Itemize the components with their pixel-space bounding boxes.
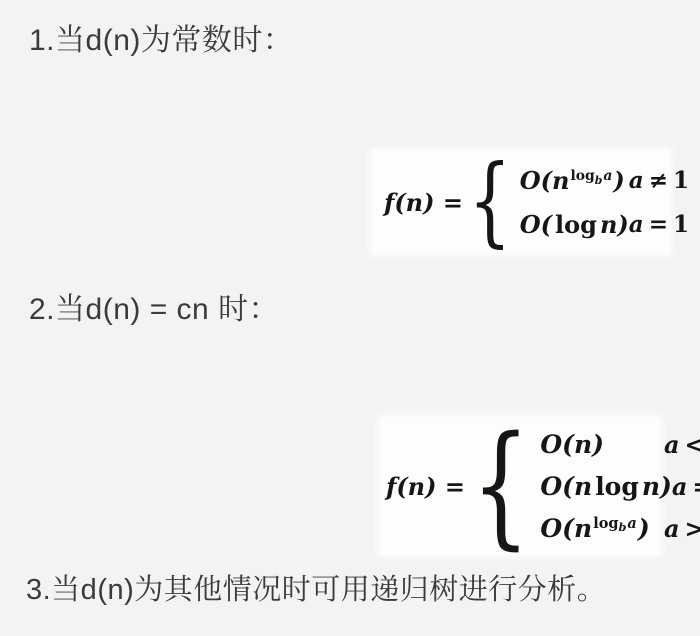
condition-variable: a [629, 211, 644, 238]
exponent-log-b-a: logba [570, 168, 612, 184]
log-label: log [570, 168, 594, 184]
formula-2-case-row: O(nlogn) a=b [540, 465, 700, 507]
condition-operator: = [649, 211, 668, 238]
log-label: log [555, 210, 597, 239]
condition-operator: = [692, 472, 700, 501]
condition-value: 1 [673, 167, 689, 194]
formula-1-lhs: f(n) = [384, 188, 463, 217]
condition-operator: > [685, 514, 700, 543]
condition-variable: a [629, 167, 644, 194]
section-2-heading: 2.当d(n) = cn 时： [29, 284, 279, 328]
formula-2-panel: f(n) = { O(n) a<b O(nlogn) a=b O(nlogba)… [380, 417, 660, 555]
section-3-heading: 3.当d(n)为其他情况时可用递归树进行分析。 [26, 567, 606, 608]
log-label: log [593, 515, 618, 532]
condition-operator: < [685, 430, 700, 459]
expr-open: O(n [540, 514, 592, 543]
condition-variable: a [664, 430, 680, 459]
expr-close: ) [613, 166, 624, 195]
formula-2-brace: { [471, 419, 530, 552]
formula-1-panel: f(n) = { O(nlogba) a≠1 O(logn) a=1 [372, 150, 670, 254]
formula-2-case-3-condition: a>b [664, 514, 700, 543]
log-argument: a [603, 168, 612, 184]
formula-1-case-2-condition: a=1 [629, 211, 689, 238]
formula-2-case-1-expression: O(n) [540, 430, 604, 459]
formula-2-case-row: O(n) a<b [540, 423, 700, 465]
formula-2-lhs: f(n) = [386, 472, 465, 501]
section-1-heading: 1.当d(n)为常数时： [29, 15, 293, 59]
formula-1-brace: { [468, 153, 511, 251]
expr-close: ) [638, 514, 650, 543]
condition-variable: a [672, 472, 688, 501]
expr-close: n) [600, 210, 629, 239]
formula-2-case-1-condition: a<b [664, 430, 700, 459]
notes-page: 1.当d(n)为常数时： f(n) = { O(nlogba) a≠1 O(lo… [0, 0, 700, 636]
log-base: b [595, 174, 603, 187]
log-base: b [619, 520, 627, 534]
formula-2-case-3-expression: O(nlogba) [540, 514, 649, 543]
expr-close: n) [642, 472, 672, 501]
formula-1-case-2-expression: O(logn) [520, 210, 629, 239]
formula-1-case-1-condition: a≠1 [629, 167, 689, 194]
expr-open: O(n [520, 166, 570, 195]
formula-1-case-row: O(nlogba) a≠1 [520, 158, 689, 202]
formula-1-case-1-expression: O(nlogba) [520, 166, 625, 195]
condition-value: 1 [673, 211, 689, 238]
formula-2-case-row: O(nlogba) a>b [540, 507, 700, 549]
condition-operator: ≠ [649, 167, 668, 194]
log-argument: a [627, 515, 636, 532]
log-label: log [595, 472, 639, 501]
formula-1-cases: O(nlogba) a≠1 O(logn) a=1 [520, 158, 689, 246]
formula-2-cases: O(n) a<b O(nlogn) a=b O(nlogba) a>b [540, 423, 700, 549]
condition-variable: a [664, 514, 680, 543]
formula-2-case-2-expression: O(nlogn) [540, 472, 671, 501]
expr-open: O( [520, 210, 552, 239]
expr-open: O(n [540, 472, 592, 501]
formula-2-case-2-condition: a=b [672, 472, 700, 501]
exponent-log-b-a: logba [593, 515, 637, 532]
formula-1-case-row: O(logn) a=1 [520, 202, 689, 246]
